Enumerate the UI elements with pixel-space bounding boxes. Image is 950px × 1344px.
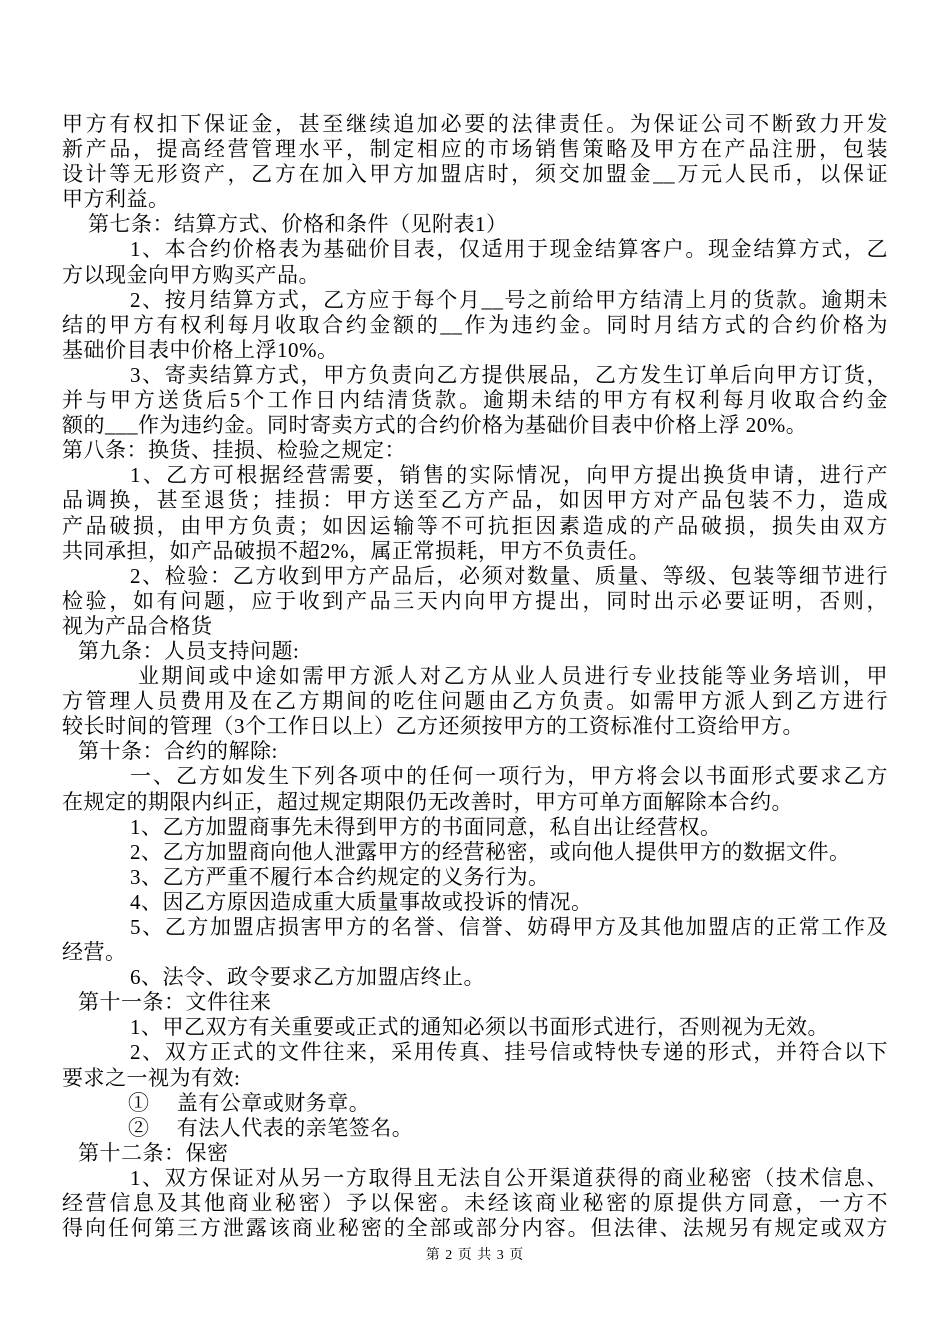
text-line: 1、乙方可根据经营需要，销售的实际情况，向甲方提出换货申请，进行产 <box>62 463 888 488</box>
text-line: 经营信息及其他商业秘密）予以保密。未经该商业秘密的原提供方同意，一方不 <box>62 1191 888 1216</box>
document-page: 甲方有权扣下保证金，甚至继续追加必要的法律责任。为保证公司不断致力开发新产品，提… <box>0 0 950 1344</box>
text-line: 第八条：换货、挂损、检验之规定： <box>62 438 888 463</box>
text-line: 设计等无形资产，乙方在加入甲方加盟店时，须交加盟金__万元人民币，以保证 <box>62 162 888 187</box>
text-line: 2、双方正式的文件往来，采用传真、挂号信或特快专递的形式，并符合以下 <box>62 1040 888 1065</box>
text-line: 方管理人员费用及在乙方期间的吃住问题由乙方负责。如需甲方派人到乙方进行 <box>62 689 888 714</box>
text-line: 新产品，提高经营管理水平，制定相应的市场销售策略及甲方在产品注册，包装 <box>62 137 888 162</box>
text-line: 品调换，甚至退货；挂损：甲方送至乙方产品，如因甲方对产品包装不力，造成 <box>62 488 888 513</box>
text-line: 2、检验：乙方收到甲方产品后，必须对数量、质量、等级、包装等细节进行 <box>62 564 888 589</box>
text-line: 较长时间的管理（3个工作日以上）乙方还须按甲方的工资标准付工资给甲方。 <box>62 714 888 739</box>
text-line: 结的甲方有权利每月收取合约金额的__作为违约金。同时月结方式的合约价格为 <box>62 313 888 338</box>
text-line: 方以现金向甲方购买产品。 <box>62 263 888 288</box>
text-line: 5、乙方加盟店损害甲方的名誉、信誉、妨碍甲方及其他加盟店的正常工作及 <box>62 915 888 940</box>
text-line: 业期间或中途如需甲方派人对乙方从业人员进行专业技能等业务培训，甲 <box>62 664 888 689</box>
text-line: 2、按月结算方式，乙方应于每个月__号之前给甲方结清上月的货款。逾期未 <box>62 288 888 313</box>
text-line: 一、乙方如发生下列各项中的任何一项行为，甲方将会以书面形式要求乙方 <box>62 764 888 789</box>
text-line: 第七条：结算方式、价格和条件（见附表1） <box>62 212 888 237</box>
text-line: 额的___作为违约金。同时寄卖方式的合约价格为基础价目表中价格上浮 20%。 <box>62 413 888 438</box>
text-line: 2、乙方加盟商向他人泄露甲方的经营秘密，或向他人提供甲方的数据文件。 <box>62 840 888 865</box>
text-line: 得向任何第三方泄露该商业秘密的全部或部分内容。但法律、法规另有规定或双方 <box>62 1216 888 1241</box>
text-line: 甲方利益。 <box>62 187 888 212</box>
text-line: ② 有法人代表的亲笔签名。 <box>62 1116 888 1141</box>
text-line: 3、乙方严重不履行本合约规定的义务行为。 <box>62 865 888 890</box>
text-line: 第十条：合约的解除: <box>62 739 888 764</box>
text-line: ① 盖有公章或财务章。 <box>62 1091 888 1116</box>
text-line: 经营。 <box>62 940 888 965</box>
text-line: 在规定的期限内纠正，超过规定期限仍无改善时，甲方可单方面解除本合约。 <box>62 790 888 815</box>
text-line: 第十二条：保密 <box>62 1141 888 1166</box>
text-line: 甲方有权扣下保证金，甚至继续追加必要的法律责任。为保证公司不断致力开发 <box>62 112 888 137</box>
text-line: 产品破损，由甲方负责；如因运输等不可抗拒因素造成的产品破损，损失由双方 <box>62 514 888 539</box>
text-line: 要求之一视为有效: <box>62 1066 888 1091</box>
text-line: 并与甲方送货后5个工作日内结清货款。逾期未结的甲方有权利每月收取合约金 <box>62 388 888 413</box>
text-line: 第十一条：文件往来 <box>62 990 888 1015</box>
text-line: 基础价目表中价格上浮10%。 <box>62 338 888 363</box>
page-number-footer: 第 2 页 共 3 页 <box>0 1246 950 1266</box>
text-line: 检验，如有问题，应于收到产品三天内向甲方提出，同时出示必要证明，否则， <box>62 589 888 614</box>
text-line: 3、寄卖结算方式，甲方负责向乙方提供展品，乙方发生订单后向甲方订货， <box>62 363 888 388</box>
text-line: 1、乙方加盟商事先未得到甲方的书面同意，私自出让经营权。 <box>62 815 888 840</box>
text-line: 第九条：人员支持问题: <box>62 639 888 664</box>
text-line: 4、因乙方原因造成重大质量事故或投诉的情况。 <box>62 890 888 915</box>
text-line: 1、本合约价格表为基础价目表，仅适用于现金结算客户。现金结算方式，乙 <box>62 237 888 262</box>
text-line: 1、甲乙双方有关重要或正式的通知必须以书面形式进行，否则视为无效。 <box>62 1015 888 1040</box>
text-line: 1、双方保证对从另一方取得且无法自公开渠道获得的商业秘密（技术信息、 <box>62 1166 888 1191</box>
text-line: 6、法令、政令要求乙方加盟店终止。 <box>62 965 888 990</box>
text-line: 共同承担，如产品破损不超2%，属正常损耗，甲方不负责任。 <box>62 539 888 564</box>
text-line: 视为产品合格货 <box>62 614 888 639</box>
contract-body: 甲方有权扣下保证金，甚至继续追加必要的法律责任。为保证公司不断致力开发新产品，提… <box>62 112 888 1241</box>
